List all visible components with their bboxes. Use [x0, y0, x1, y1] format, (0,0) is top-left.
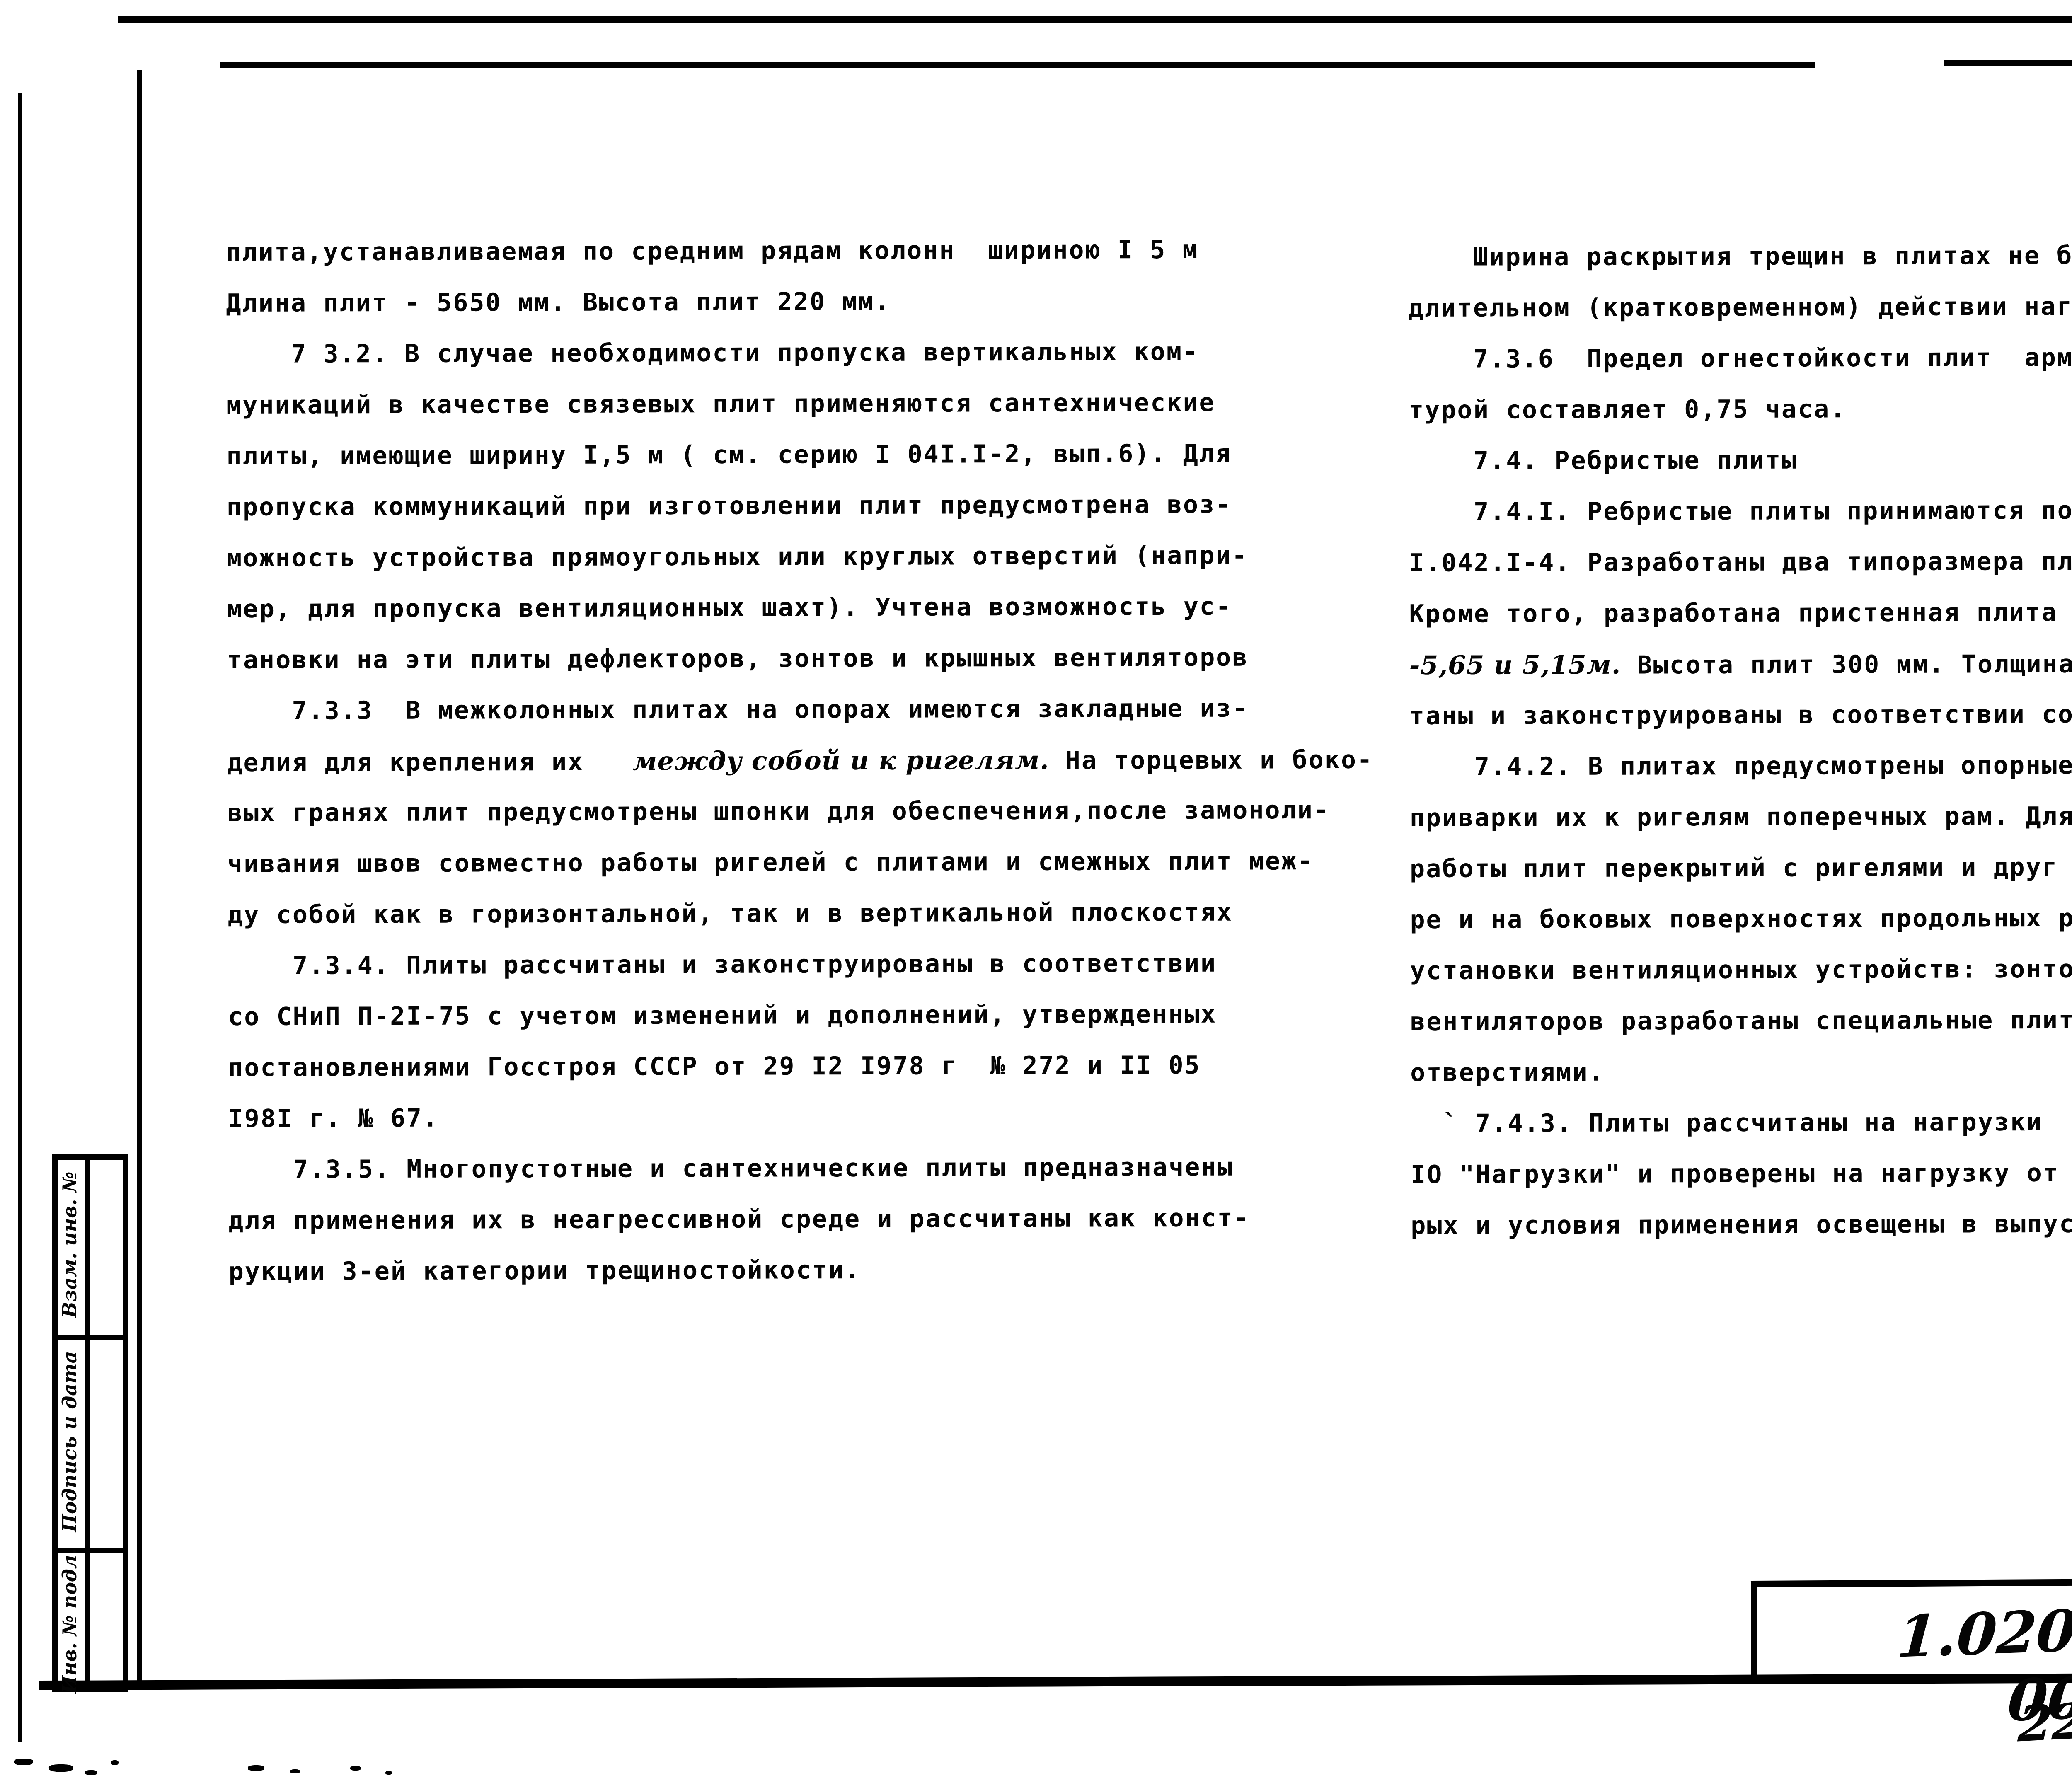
text-line: ре и на боковых поверхностях продольных … [1410, 892, 2072, 946]
top-border-line-inner-right [1944, 60, 2072, 66]
text-line: IO "Нагрузки" и проверены на нагрузку от… [1411, 1147, 2072, 1200]
text-line: муникаций в качестве связевых плит приме… [226, 377, 1372, 431]
typed-segment: длительном (кратковременном) действии на… [1408, 292, 2072, 323]
scan-noise [111, 1760, 119, 1765]
typed-segment: со СНиП П-2I-75 с учетом изменений и доп… [228, 1000, 1217, 1031]
stamp-label-inv-podl: Инв. № подл. [58, 1548, 81, 1693]
typed-segment: делия для крепления их [227, 747, 632, 777]
typed-segment: постановлениями Госстроя СССР от 29 I2 I… [228, 1051, 1201, 1082]
text-line: вых гранях плит предусмотрены шпонки для… [228, 785, 1374, 839]
left-border-outer [18, 93, 22, 1742]
typed-segment: Высота плит 300 мм. Толщина полок - 50 м… [1621, 648, 2072, 680]
titleblock-left-line [1751, 1581, 1757, 1684]
typed-segment: IO "Нагрузки" и проверены на нагрузку от… [1411, 1157, 2072, 1189]
text-line: 7.3.6 Предел огнестойкости плит армирова… [1409, 331, 2072, 385]
typed-segment: 7.3.6 Предел огнестойкости плит армирова… [1409, 342, 2072, 374]
text-line: отверстиями. [1410, 1045, 2072, 1098]
titleblock-top-line [1751, 1577, 2072, 1587]
typed-segment: приварки их к ригелям поперечных рам. Дл… [1410, 801, 2072, 832]
typed-segment: турой составляет 0,75 часа. [1409, 394, 1847, 425]
text-line: пропуска коммуникаций при изготовлении п… [227, 479, 1373, 533]
text-line: постановлениями Госстроя СССР от 29 I2 I… [228, 1040, 1374, 1093]
top-border-line-inner-left [220, 62, 1815, 68]
text-line: таны и законструированы в соответствии с… [1409, 688, 2072, 742]
text-line: 7.4. Ребристые плиты [1409, 433, 2072, 487]
typed-segment: рукции 3-ей категории трещиностойкости. [229, 1255, 861, 1286]
text-line: плита,устанавливаемая по средним рядам к… [226, 224, 1372, 278]
text-line: приварки их к ригелям поперечных рам. Дл… [1410, 790, 2072, 844]
typed-segment: рых и условия применения освещены в выпу… [1411, 1209, 2072, 1240]
typed-segment: 7.4.2. В плитах предусмотрены опорные за… [1409, 750, 2072, 781]
scan-noise [290, 1769, 300, 1773]
text-line: тановки на эти плиты дефлекторов, зонтов… [227, 632, 1373, 686]
scanned-page: 13 плита,устанавливаемая по средним ряда… [0, 0, 2072, 1778]
typed-segment: 7.3.3 В межколонных плитах на опорах име… [227, 694, 1249, 726]
top-border-line-outer [118, 16, 2072, 23]
typed-segment: 7.4.I. Ребристые плиты принимаются по вы… [1409, 495, 2072, 527]
scan-noise [350, 1766, 361, 1771]
typed-segment: 7.3.4. Плиты рассчитаны и законструирова… [228, 949, 1217, 980]
typed-segment: вых гранях плит предусмотрены шпонки для… [228, 796, 1330, 827]
typed-segment: ду собой как в горизонтальной, так и в в… [228, 898, 1233, 929]
typed-segment: I.042.I-4. Разработаны два типоразмера п… [1409, 546, 2072, 578]
typed-segment: 7.3.5. Многопустотные и сантехнические п… [228, 1153, 1234, 1184]
text-line: Длина плит - 5650 мм. Высота плит 220 мм… [226, 275, 1372, 329]
text-line: 7.4.I. Ребристые плиты принимаются по вы… [1409, 484, 2072, 538]
scan-noise [85, 1770, 97, 1775]
text-line: I98I г. № 67. [228, 1091, 1374, 1144]
typed-segment: мер, для пропуска вентиляционных шахт). … [227, 592, 1232, 624]
text-line: плиты, имеющие ширину I,5 м ( см. серию … [226, 428, 1372, 482]
text-line: 7.3.3 В межколонных плитах на опорах име… [227, 683, 1373, 737]
text-line: для применения их в неагрессивной среде … [228, 1193, 1375, 1246]
text-line: делия для крепления их между собой и к р… [227, 734, 1373, 788]
text-line: ду собой как в горизонтальной, так и в в… [228, 887, 1374, 941]
text-line: 7.4.2. В плитах предусмотрены опорные за… [1409, 739, 2072, 793]
typed-segment: 7.4. Ребристые плиты [1409, 446, 1798, 476]
typed-segment: Ширина раскрытия трещин в плитах не боле… [1408, 240, 2072, 272]
typed-segment: Кроме того, разработана пристенная плита… [1409, 597, 2072, 629]
left-text-column: плита,устанавливаемая по средним рядам к… [226, 224, 1375, 1297]
text-line: длительном (кратковременном) действии на… [1408, 280, 2072, 334]
text-line: ` 7.4.3. Плиты рассчитаны на нагрузки пр… [1410, 1096, 2072, 1149]
typed-segment: ре и на боковых поверхностях продольных … [1410, 902, 2072, 934]
typed-segment: плиты, имеющие ширину I,5 м ( см. серию … [226, 439, 1232, 471]
text-line: 7.3.4. Плиты рассчитаны и законструирова… [228, 938, 1374, 992]
scan-noise [14, 1759, 33, 1765]
stamp-label-vzam-inv: Взам. инв. № [58, 1171, 81, 1318]
typed-segment: работы плит перекрытий с ригелями и друг… [1410, 852, 2072, 883]
right-text-column: Ширина раскрытия трещин в плитах не боле… [1408, 229, 2072, 1251]
typed-segment: вентиляторов разработаны специальные пли… [1410, 1005, 2072, 1036]
stamp-vertical-divider [85, 1154, 90, 1692]
typed-segment: Длина плит - 5650 мм. Высота плит 220 мм… [226, 287, 891, 318]
text-line: вентиляторов разработаны специальные пли… [1410, 994, 2072, 1047]
scan-noise [49, 1764, 73, 1772]
text-line: установки вентиляционных устройств: зонт… [1410, 943, 2072, 997]
text-line: -5,65 и 5,15м. Высота плит 300 мм. Толщи… [1409, 637, 2072, 691]
typed-segment: таны и законструированы в соответствии с… [1409, 699, 2072, 731]
handwritten-segment: между собой и к ригелям. [632, 745, 1049, 777]
text-line: I.042.I-4. Разработаны два типоразмера п… [1409, 535, 2072, 589]
text-line: мер, для пропуска вентиляционных шахт). … [227, 581, 1373, 635]
bottom-border-line [39, 1672, 2072, 1690]
typed-segment: ` 7.4.3. Плиты рассчитаны на нагрузки пр… [1411, 1107, 2072, 1138]
text-line: Кроме того, разработана пристенная плита… [1409, 586, 2072, 640]
typed-segment: На торцевых и боко- [1049, 745, 1374, 775]
handwritten-segment: -5,65 и 5,15м. [1409, 650, 1621, 680]
typed-segment: отверстиями. [1410, 1058, 1605, 1087]
typed-segment: установки вентиляционных устройств: зонт… [1410, 953, 2072, 985]
stamp-label-podpis-data: Подпись и дата [58, 1351, 81, 1532]
text-line: работы плит перекрытий с ригелями и друг… [1410, 841, 2072, 895]
text-line: со СНиП П-2I-75 с учетом изменений и доп… [228, 989, 1374, 1043]
typed-segment: для применения их в неагрессивной среде … [228, 1204, 1250, 1235]
typed-segment: чивания швов совместно работы ригелей с … [228, 847, 1314, 878]
text-line: 7 3.2. В случае необходимости пропуска в… [226, 326, 1372, 380]
scan-noise [248, 1765, 264, 1771]
typed-segment: I98I г. № 67. [228, 1104, 439, 1133]
text-line: рых и условия применения освещены в выпу… [1411, 1197, 2072, 1251]
scan-noise [385, 1771, 392, 1775]
typed-segment: плита,устанавливаемая по средним рядам к… [226, 235, 1199, 267]
typed-segment: 7 3.2. В случае необходимости пропуска в… [226, 337, 1199, 369]
typed-segment: пропуска коммуникаций при изготовлении п… [227, 490, 1232, 522]
text-line: чивания швов совместно работы ригелей с … [228, 836, 1374, 890]
text-line: турой составляет 0,75 часа. [1409, 382, 2072, 436]
left-border-inner [137, 70, 142, 1690]
typed-segment: муникаций в качестве связевых плит приме… [226, 388, 1215, 420]
typed-segment: можность устройства прямоугольных или кр… [227, 541, 1248, 573]
text-line: Ширина раскрытия трещин в плитах не боле… [1408, 229, 2072, 283]
typed-segment: тановки на эти плиты дефлекторов, зонтов… [227, 643, 1249, 675]
text-line: можность устройства прямоугольных или кр… [227, 530, 1373, 584]
stamp-divider-1 [52, 1335, 128, 1340]
text-line: рукции 3-ей категории трещиностойкости. [228, 1243, 1375, 1297]
text-line: 7.3.5. Многопустотные и сантехнические п… [228, 1142, 1375, 1195]
